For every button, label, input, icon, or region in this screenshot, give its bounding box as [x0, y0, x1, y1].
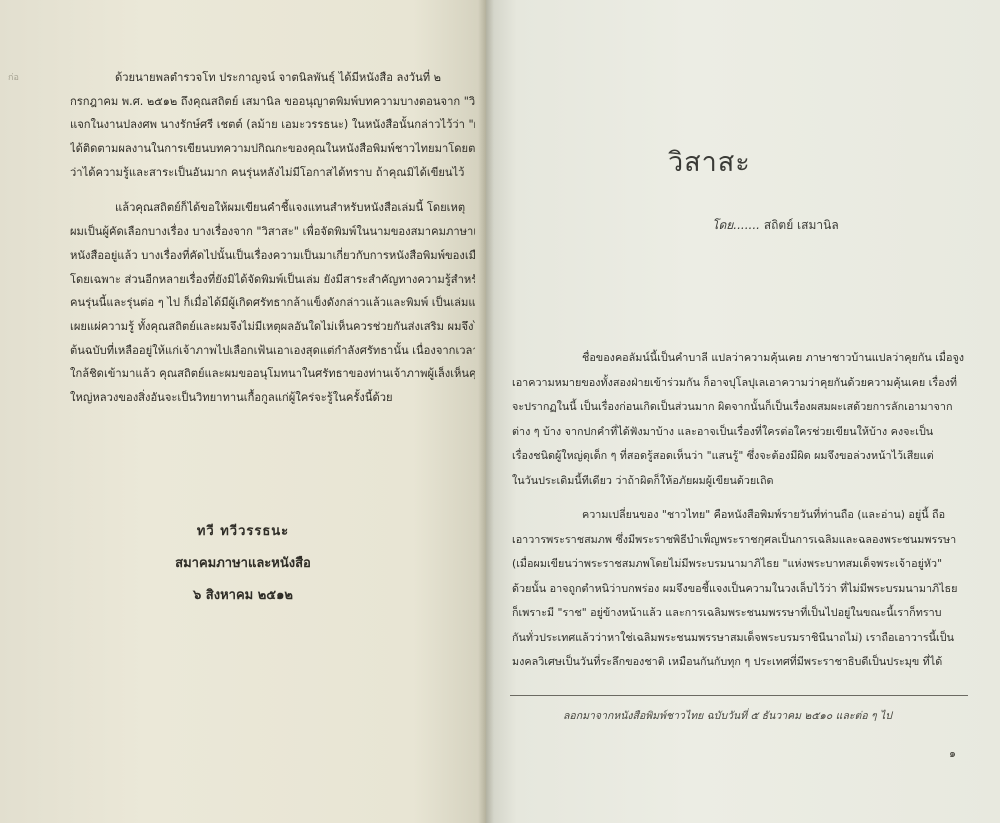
byline-prefix: โดย....... [712, 218, 760, 232]
text-line: (เมื่อผมเขียนว่าพระราชสมภพโดยไม่มีพระบรม… [512, 552, 972, 577]
text-line: กันทั่วประเทศแล้วว่าหาใช่เฉลิมพระชนมพรรษ… [512, 626, 972, 651]
text-line: แล้วคุณสถิตย์ก็ได้ขอให้ผมเขียนคำชี้แจงแท… [70, 196, 475, 220]
text-line: ชื่อของคอลัมน์นี้เป็นคำบาลี แปลว่าความคุ… [512, 346, 972, 371]
page-number: ๑ [949, 744, 956, 762]
text-line: เรื่องชนิดผู้ใหญ่ดุเด็ก ๆ ที่สอดรู้สอดเห… [512, 444, 972, 469]
text-line: เผยแผ่ความรู้ ทั้งคุณสถิตย์และผมจึงไม่มี… [70, 315, 475, 339]
byline-author: สถิตย์ เสมานิล [764, 218, 839, 232]
text-line: มงคลวิเศษเป็นวันที่ระลึกของชาติ เหมือนกั… [512, 650, 972, 675]
text-line: ผมเป็นผู้คัดเลือกบางเรื่อง บางเรื่องจาก … [70, 220, 475, 244]
text-line: ก็เพราะมี "ราช" อยู่ข้างหน้าแล้ว และการเ… [512, 601, 972, 626]
text-line: ใหญ่หลวงของสิ่งอันจะเป็นวิทยาทานเกื้อกูล… [70, 386, 475, 410]
text-line: จะปรากฏในนี้ เป็นเรื่องก่อนเกิดเป็นส่วนม… [512, 395, 972, 420]
left-page: ก่อ ด้วยนายพลตำรวจโท ประกาญจน์ จาตนิลพัน… [0, 0, 486, 823]
text-line: คนรุ่นนี้และรุ่นต่อ ๆ ไป ก็เมื่อได้มีผู้… [70, 291, 475, 315]
byline: โดย....... สถิตย์ เสมานิล [712, 216, 839, 235]
footnote-divider [510, 695, 968, 696]
left-page-body: ด้วยนายพลตำรวจโท ประกาญจน์ จาตนิลพันธุ์ … [70, 66, 475, 410]
paragraph-gap [70, 184, 475, 196]
text-line: ด้วยนายพลตำรวจโท ประกาญจน์ จาตนิลพันธุ์ … [70, 66, 475, 90]
paragraph-gap [512, 493, 972, 503]
text-line: ได้ติดตามผลงานในการเขียนบทความปกิณกะของค… [70, 137, 475, 161]
text-line: เอาความหมายของทั้งสองฝ่ายเข้าร่วมกัน ก็อ… [512, 371, 972, 396]
book-spread: ก่อ ด้วยนายพลตำรวจโท ประกาญจน์ จาตนิลพัน… [0, 0, 1000, 823]
text-line: โดยเฉพาะ ส่วนอีกหลายเรื่องที่ยังมิได้จัด… [70, 268, 475, 292]
bleed-through-mark: ก่อ [8, 70, 19, 84]
text-line: แจกในงานปลงศพ นางรักษ์ศรี เชตต์ (ลม้าย เ… [70, 113, 475, 137]
text-line: ความเปลี่ยนของ "ชาวไทย" คือหนังสือพิมพ์ร… [512, 503, 972, 528]
signature-organization: สมาคมภาษาและหนังสือ [0, 552, 486, 573]
text-line: ใกล้ชิดเข้ามาแล้ว คุณสถิตย์และผมขออนุโมท… [70, 362, 475, 386]
right-page-body: ชื่อของคอลัมน์นี้เป็นคำบาลี แปลว่าความคุ… [512, 346, 972, 675]
text-line: ต่าง ๆ บ้าง จากปกคำที่ได้ฟังมาบ้าง และอา… [512, 420, 972, 445]
signature-date: ๖ สิงหาคม ๒๕๑๒ [0, 584, 486, 605]
text-line: กรกฎาคม พ.ศ. ๒๕๑๒ ถึงคุณสถิตย์ เสมานิล ข… [70, 90, 475, 114]
article-title: วิสาสะ [668, 140, 751, 183]
book-gutter [478, 0, 494, 823]
text-line: ต้นฉบับที่เหลืออยู่ให้แก่เจ้าภาพไปเลือกเ… [70, 339, 475, 363]
text-line: หนังสืออยู่แล้ว บางเรื่องที่คัดไปนั้นเป็… [70, 244, 475, 268]
text-line: ในวันประเดิมนี้ทีเดียว ว่าถ้าผิดก็ให้อภั… [512, 469, 972, 494]
text-line: เอาวารพระราชสมภพ ซึ่งมีพระราชพิธีบำเพ็ญพ… [512, 528, 972, 553]
text-line: ว่าได้ความรู้และสาระเป็นอันมาก คนรุ่นหลั… [70, 161, 475, 185]
footnote: ลอกมาจากหนังสือพิมพ์ชาวไทย ฉบับวันที่ ๕ … [563, 707, 892, 724]
signature-name: ทวี ทวีวรรธนะ [0, 520, 486, 541]
text-line: ด้วยนั้น อาจถูกตำหนิว่าบกพร่อง ผมจึงขอชี… [512, 577, 972, 602]
